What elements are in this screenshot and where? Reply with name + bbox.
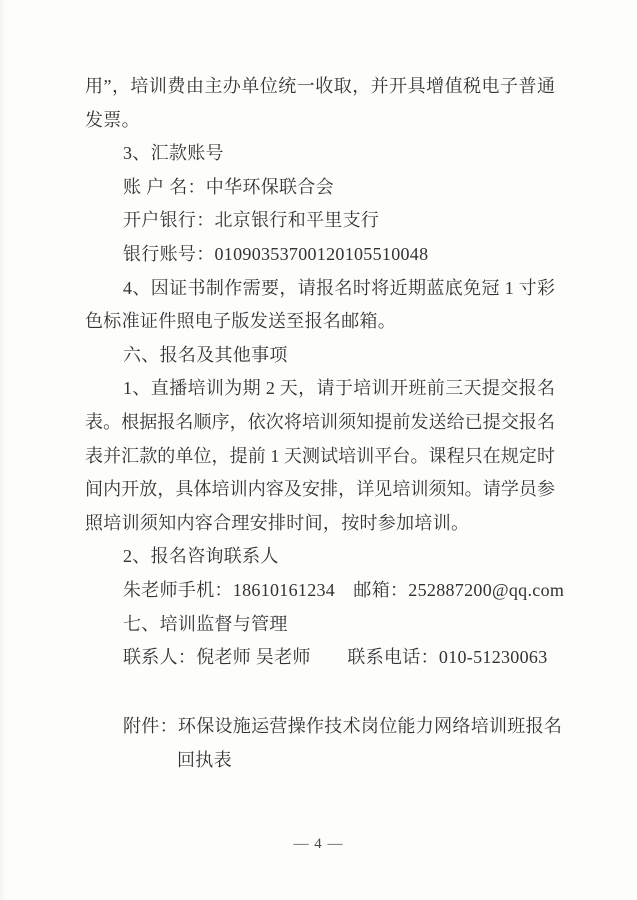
page-number: — 4 — — [0, 832, 637, 856]
fee-clause-continuation-1: 用”，培训费由主办单位统一收取，并开具增值税电子普通 — [85, 70, 555, 104]
scanned-document-page: 用”，培训费由主办单位统一收取，并开具增值税电子普通 发票。 3、汇款账号 账 … — [0, 0, 637, 900]
training-schedule-line-5: 照培训须知内容合理安排时间，按时参加培训。 — [85, 507, 555, 541]
photo-requirement-line-1: 4、因证书制作需要，请报名时将近期蓝底免冠 1 寸彩 — [85, 272, 555, 306]
training-schedule-line-3: 表并汇款的单位，提前 1 天测试培训平台。课程只在规定时 — [85, 440, 555, 474]
attachment-reference-line-1: 附件：环保设施运营操作技术岗位能力网络培训班报名 — [85, 710, 555, 744]
bank-account-number-line: 银行账号：01090353700120105510048 — [85, 238, 555, 272]
training-schedule-line-1: 1、直播培训为期 2 天，请于培训开班前三天提交报名 — [85, 372, 555, 406]
registration-contact-info: 朱老师手机：18610161234 邮箱：252887200@qq.com — [85, 574, 555, 608]
attachment-reference-line-2: 回执表 — [85, 744, 555, 778]
fee-clause-continuation-2: 发票。 — [85, 104, 555, 138]
account-name-line: 账 户 名：中华环保联合会 — [85, 171, 555, 205]
supervision-contact-info: 联系人：倪老师 吴老师 联系电话：010-51230063 — [85, 641, 555, 675]
section-seven-heading: 七、培训监督与管理 — [85, 608, 555, 642]
document-body: 用”，培训费由主办单位统一收取，并开具增值税电子普通 发票。 3、汇款账号 账 … — [85, 70, 555, 777]
bank-name-line: 开户银行：北京银行和平里支行 — [85, 204, 555, 238]
remittance-account-heading: 3、汇款账号 — [85, 137, 555, 171]
training-schedule-line-2: 表。根据报名顺序，依次将培训须知提前发送给已提交报名 — [85, 406, 555, 440]
section-six-heading: 六、报名及其他事项 — [85, 339, 555, 373]
registration-contact-heading: 2、报名咨询联系人 — [85, 540, 555, 574]
training-schedule-line-4: 间内开放，具体培训内容及安排，详见培训须知。请学员参 — [85, 473, 555, 507]
photo-requirement-line-2: 色标准证件照电子版发送至报名邮箱。 — [85, 305, 555, 339]
